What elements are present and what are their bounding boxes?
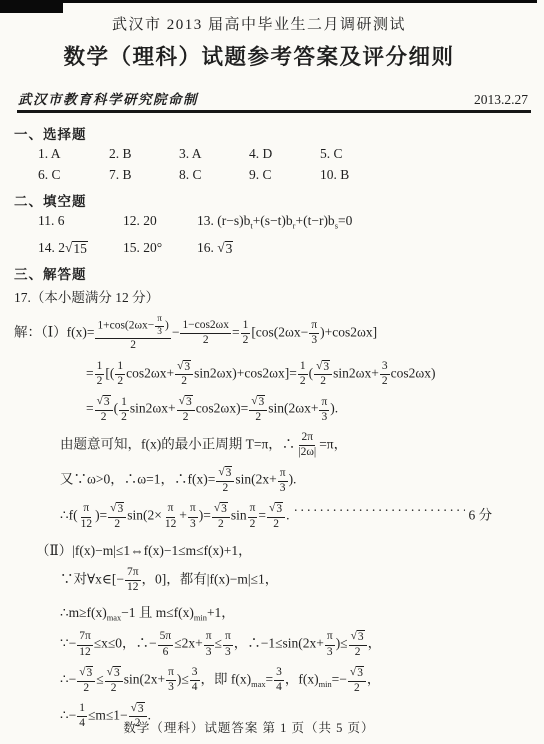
sqrt-radical: √3 xyxy=(79,666,93,680)
sqrt-radical: √3 xyxy=(131,702,145,716)
fraction-numerator: √3 xyxy=(77,666,95,682)
sqrt-radical: √3 xyxy=(251,395,265,409)
subscript: min xyxy=(319,680,332,689)
fraction-denominator: 2 xyxy=(271,518,281,531)
q17-part2-step1: （Ⅱ）|f(x)−m|≤1⇔f(x)−1≤m≤f(x)+1， xyxy=(36,539,532,559)
radicand: 3 xyxy=(356,666,364,680)
subscript: max xyxy=(107,614,121,623)
fraction-denominator: 12 xyxy=(77,646,92,659)
fraction-denominator: 3 xyxy=(166,681,176,694)
fraction: √32 xyxy=(108,502,126,531)
answer-cell: 12. 20 xyxy=(123,211,197,231)
q17-heading: 17.（本小题满分 12 分） xyxy=(14,286,532,306)
fraction-numerator: √3 xyxy=(349,630,367,646)
fraction: 2π|2ω| xyxy=(296,431,318,459)
fraction-denominator: 2 xyxy=(318,375,328,388)
fraction: π12 xyxy=(79,502,94,530)
sqrt-radical: √3 xyxy=(214,502,228,516)
fraction-numerator: π xyxy=(188,502,198,517)
fraction: π3 xyxy=(204,630,214,658)
choice-answer-row-1: 1. A2. B3. A4. D5. C xyxy=(38,144,532,164)
radicand: 3 xyxy=(116,502,124,516)
fraction-denominator: 6 xyxy=(161,646,171,659)
scan-artifact-top-line xyxy=(0,0,537,3)
scan-artifact-corner-block xyxy=(0,0,63,13)
sqrt-radical: √3 xyxy=(177,360,191,374)
fraction-denominator: 3 xyxy=(278,482,288,495)
fraction: 12 xyxy=(115,360,125,388)
subscript: max xyxy=(251,680,265,689)
radicand: 3 xyxy=(86,666,94,680)
fraction-numerator: 1+cos(2ωx−π3) xyxy=(95,314,170,340)
fraction: √32 xyxy=(267,502,285,531)
sqrt-radical: √3 xyxy=(179,395,193,409)
radicand: 3 xyxy=(322,360,330,374)
fraction: 12 xyxy=(241,319,251,347)
fraction: 12 xyxy=(95,360,105,388)
fraction-denominator: 3 xyxy=(309,334,319,347)
fraction-numerator: π xyxy=(223,630,233,645)
fraction-numerator: √3 xyxy=(216,466,234,482)
radicand: 3 xyxy=(185,395,193,409)
answer-cell: 9. C xyxy=(249,165,320,185)
fraction: √32 xyxy=(249,395,267,424)
subscript: s xyxy=(335,222,338,231)
q17-part2-step4: ∵−7π12≤x≤0，∴−5π6≤2x+π3≤π3，∴−1≤sin(2x+π3)… xyxy=(60,630,532,659)
fraction-numerator: π xyxy=(309,319,319,334)
q17-part2-step2: ∵对∀x∈[−7π12，0]，都有|f(x)−m|≤1， xyxy=(60,566,532,594)
fraction: 1−cos2ωx2 xyxy=(180,319,231,347)
fraction-numerator: √3 xyxy=(249,395,267,411)
q17-part1-step1: 解：（Ⅰ）f(x)=1+cos(2ωx−π3)2−1−cos2ωx2=12[co… xyxy=(14,314,532,353)
fraction-denominator: 2 xyxy=(221,482,231,495)
sqrt-radical: √3 xyxy=(350,666,364,680)
fraction-numerator: π xyxy=(155,314,164,327)
fraction: √32 xyxy=(177,395,195,424)
fraction: √32 xyxy=(105,666,123,695)
fraction: √32 xyxy=(216,466,234,495)
subscript: r xyxy=(293,222,296,231)
fraction: π3 xyxy=(166,666,176,694)
fraction: π3 xyxy=(309,319,319,347)
fraction-denominator: 2 xyxy=(115,375,125,388)
fraction-denominator: 2 xyxy=(181,411,191,424)
subscript: t xyxy=(250,222,252,231)
subscript: min xyxy=(194,614,207,623)
fraction-numerator: √3 xyxy=(267,502,285,518)
fraction-denominator: 3 xyxy=(223,646,233,659)
fraction-numerator: π xyxy=(319,396,329,411)
fraction: √32 xyxy=(77,666,95,695)
fraction-denominator: 2 xyxy=(298,375,308,388)
fill-answer-row-2: 14. 2√1515. 20°16. √3 xyxy=(38,238,532,258)
fraction-denominator: 2 xyxy=(216,518,226,531)
radical-sign-icon: √ xyxy=(65,241,72,255)
fraction: 7π12 xyxy=(77,630,93,658)
fraction: √32 xyxy=(314,360,332,389)
fraction-numerator: 1 xyxy=(241,319,251,334)
fraction-numerator: 1 xyxy=(77,702,87,717)
fraction-numerator: π xyxy=(81,502,91,517)
fraction: 12 xyxy=(119,396,129,424)
fill-answer-row-1: 11. 612. 2013. (r−s)bt+(s−t)br+(t−r)bs=0 xyxy=(38,211,532,237)
radicand: 3 xyxy=(113,666,121,680)
fraction-numerator: π xyxy=(325,630,335,645)
fraction-denominator: 3 xyxy=(188,518,198,531)
sqrt-radical: √15 xyxy=(65,241,88,257)
fraction: π2 xyxy=(248,502,258,530)
fraction-numerator: 3 xyxy=(380,360,390,375)
fraction-numerator: 1 xyxy=(119,396,129,411)
sqrt-radical: √3 xyxy=(110,502,124,516)
fraction-denominator: 2 xyxy=(253,411,263,424)
fraction-denominator: 2 xyxy=(128,339,138,352)
fraction-denominator: 2 xyxy=(81,682,91,695)
fraction-denominator: 3 xyxy=(325,646,335,659)
fraction-numerator: 3 xyxy=(190,666,200,681)
fraction: π3 xyxy=(223,630,233,658)
sqrt-radical: √3 xyxy=(316,360,330,374)
radicand: 3 xyxy=(183,360,191,374)
fraction-denominator: 3 xyxy=(155,327,164,338)
sqrt-radical: √3 xyxy=(97,395,111,409)
answer-cell: 15. 20° xyxy=(123,238,197,258)
fraction-denominator: 2 xyxy=(99,411,109,424)
fraction: √32 xyxy=(349,630,367,659)
radicand: 3 xyxy=(275,502,283,516)
sqrt-radical: √3 xyxy=(107,666,121,680)
choice-answer-row-2: 6. C7. B8. C9. C10. B xyxy=(38,165,532,185)
fraction-numerator: π xyxy=(166,502,176,517)
radicand: 3 xyxy=(357,630,365,644)
radicand: 3 xyxy=(137,702,145,716)
q17-part1-step3: =√32(12sin2ωx+√32cos2ωx)=√32sin(2ωx+π3). xyxy=(86,395,532,424)
fill-section-heading: 二、填空题 xyxy=(14,190,532,210)
radical-sign-icon: √ xyxy=(217,241,224,255)
fraction-numerator: 1 xyxy=(95,360,105,375)
fraction: √32 xyxy=(212,502,230,531)
q17-part2-step5: ∴−√32≤√32sin(2x+π3)≤34，即 f(x)max=34，f(x)… xyxy=(60,666,532,695)
answer-cell: 3. A xyxy=(179,144,249,164)
fraction-denominator: 3 xyxy=(320,411,330,424)
fraction-denominator: 12 xyxy=(125,581,140,594)
answer-cell: 14. 2√15 xyxy=(38,238,123,258)
fraction: 7π12 xyxy=(125,566,141,594)
fraction-denominator: 2 xyxy=(112,518,122,531)
fraction-denominator: 2 xyxy=(119,411,129,424)
q17-part2-step3: ∴m≥f(x)max−1 且 m≤f(x)min+1， xyxy=(60,601,532,623)
fraction: √32 xyxy=(175,360,193,389)
fraction: 5π6 xyxy=(158,630,174,658)
fraction-denominator: 2 xyxy=(353,646,363,659)
fraction-numerator: 1−cos2ωx xyxy=(180,319,231,334)
fraction-denominator: 3 xyxy=(204,646,214,659)
fraction: 32 xyxy=(380,360,390,388)
fraction-numerator: π xyxy=(278,467,288,482)
document-body: 一、选择题1. A2. B3. A4. D5. C6. C7. B8. C9. … xyxy=(0,113,544,731)
fraction-numerator: π xyxy=(166,666,176,681)
fraction-denominator: 12 xyxy=(79,518,94,531)
fraction-numerator: √3 xyxy=(177,395,195,411)
radicand: 3 xyxy=(225,241,234,257)
fraction-numerator: √3 xyxy=(105,666,123,682)
scanned-page: 武汉市 2013 届高中毕业生二月调研测试 数学（理科）试题参考答案及评分细则 … xyxy=(0,0,544,744)
fraction-denominator: 2 xyxy=(179,375,189,388)
fraction-denominator: |2ω| xyxy=(296,446,318,459)
answer-section-heading: 三、解答题 xyxy=(14,263,532,283)
fraction-denominator: 2 xyxy=(380,375,390,388)
answer-cell: 11. 6 xyxy=(38,211,123,231)
sqrt-radical: √3 xyxy=(218,466,232,480)
fraction-numerator: √3 xyxy=(212,502,230,518)
fraction-denominator: 2 xyxy=(241,334,251,347)
radicand: 3 xyxy=(220,502,228,516)
q17-part1-step5: 又∵ω>0，∴ω=1，∴f(x)=√32sin(2x+π3). xyxy=(60,466,532,495)
answer-cell: 2. B xyxy=(109,144,179,164)
fraction: π3 xyxy=(278,467,288,495)
fraction: 34 xyxy=(190,666,200,694)
fraction-denominator: 12 xyxy=(163,518,178,531)
fraction-denominator: 4 xyxy=(190,681,200,694)
fraction-numerator: √3 xyxy=(108,502,126,518)
fraction: √32 xyxy=(95,395,113,424)
fraction-numerator: 5π xyxy=(158,630,174,645)
fraction: 1+cos(2ωx−π3)2 xyxy=(95,314,170,353)
fraction-numerator: 3 xyxy=(274,666,284,681)
page-title: 数学（理科）试题参考答案及评分细则 xyxy=(0,40,544,71)
date-label: 2013.2.27 xyxy=(474,92,528,108)
fraction: 12 xyxy=(298,360,308,388)
fraction-denominator: 2 xyxy=(109,682,119,695)
fraction-numerator: √3 xyxy=(348,666,366,682)
fraction-numerator: √3 xyxy=(175,360,193,376)
fraction-numerator: 2π xyxy=(299,431,315,446)
fraction-denominator: 2 xyxy=(248,518,258,531)
fraction: √32 xyxy=(348,666,366,695)
q17-part1-step6: ∴f(π12)=√32sin(2×π12+π3)=√32sinπ2=√32.··… xyxy=(60,502,532,531)
fraction: π12 xyxy=(163,502,178,530)
radicand: 15 xyxy=(72,241,88,257)
q17-part1-step2: =12[(12cos2ωx+√32sin2ωx)+cos2ωx]=12(√32s… xyxy=(86,360,532,389)
fraction-denominator: 4 xyxy=(274,681,284,694)
fraction-numerator: π xyxy=(204,630,214,645)
fraction-denominator: 2 xyxy=(95,375,105,388)
answer-cell: 8. C xyxy=(179,165,249,185)
fraction-numerator: 1 xyxy=(115,360,125,375)
answer-cell: 4. D xyxy=(249,144,320,164)
fraction-denominator: 2 xyxy=(352,682,362,695)
answer-cell: 7. B xyxy=(109,165,179,185)
fraction-numerator: √3 xyxy=(129,702,147,718)
fraction: 34 xyxy=(274,666,284,694)
fraction: π3 xyxy=(325,630,335,658)
header-meta-row: 武汉市教育科学研究院命制 2013.2.27 xyxy=(18,88,528,108)
fraction-numerator: √3 xyxy=(95,395,113,411)
q17-part1-step4: 由题意可知，f(x)的最小正周期 T=π，∴2π|2ω|=π， xyxy=(60,431,532,459)
fraction-numerator: √3 xyxy=(314,360,332,376)
fraction: π3 xyxy=(319,396,329,424)
dot-leader: ········································… xyxy=(293,503,465,519)
radicand: 3 xyxy=(103,395,111,409)
choice-section-heading: 一、选择题 xyxy=(14,123,532,143)
answer-cell: 1. A xyxy=(38,144,109,164)
sqrt-radical: √3 xyxy=(269,502,283,516)
radicand: 3 xyxy=(257,395,265,409)
answer-cell: 6. C xyxy=(38,165,109,185)
fraction: π3 xyxy=(155,314,164,338)
fraction: π3 xyxy=(188,502,198,530)
radicand: 3 xyxy=(225,466,233,480)
fraction-numerator: 7π xyxy=(125,566,141,581)
fraction-numerator: 1 xyxy=(298,360,308,375)
fraction-denominator: 2 xyxy=(201,334,211,347)
fraction-numerator: 7π xyxy=(77,630,93,645)
sqrt-radical: √3 xyxy=(351,630,365,644)
page-footer: 数学（理科）试题答案 第 1 页（共 5 页） xyxy=(0,718,498,736)
fraction-numerator: π xyxy=(248,502,258,517)
sqrt-radical: √3 xyxy=(217,241,233,257)
exam-session-title: 武汉市 2013 届高中毕业生二月调研测试 xyxy=(0,0,544,34)
issuer-label: 武汉市教育科学研究院命制 xyxy=(18,88,198,108)
